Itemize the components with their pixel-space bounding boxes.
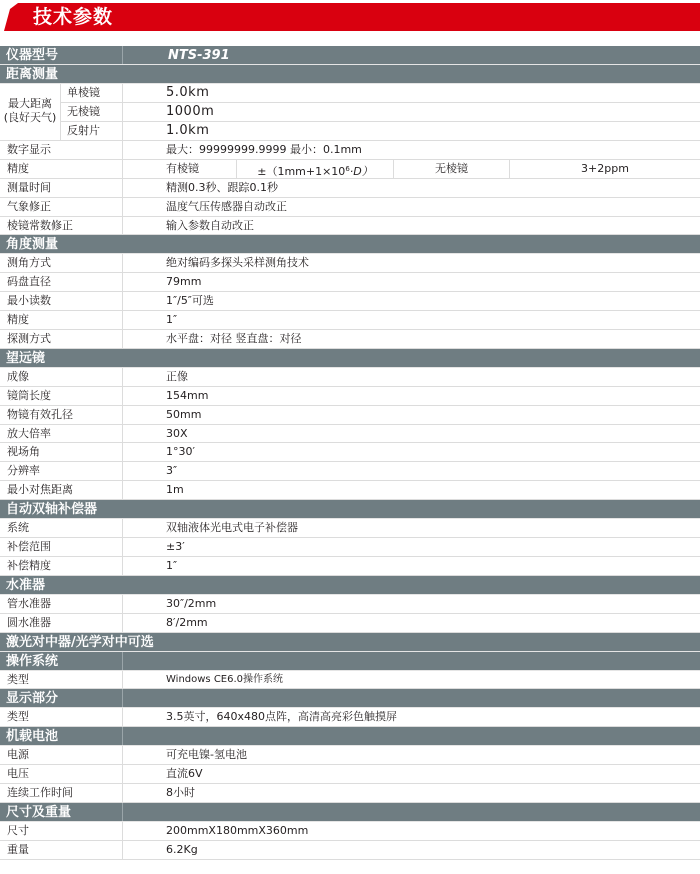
- table-row: 最小读数1″/5″可选: [0, 292, 700, 311]
- model-value: NTS-391: [123, 46, 700, 64]
- table-row: 气象修正温度气压传感器自动改正: [0, 198, 700, 217]
- section-telescope: 望远镜: [0, 349, 700, 368]
- section-angle: 角度测量: [0, 235, 700, 254]
- table-row: 补偿精度1″: [0, 557, 700, 576]
- table-row: 系统双轴液体光电式电子补偿器: [0, 519, 700, 538]
- section-title: 距离测量: [0, 65, 123, 83]
- section-display: 显示部分: [0, 689, 700, 708]
- table-row: 补偿范围±3′: [0, 538, 700, 557]
- section-level: 水准器: [0, 576, 700, 595]
- table-row: 电压直流6V: [0, 765, 700, 784]
- section-distance: 距离测量: [0, 65, 700, 84]
- section-battery: 机载电池: [0, 727, 700, 746]
- table-row: 探测方式水平盘：对径 竖直盘：对径: [0, 330, 700, 349]
- table-row: 类型Windows CE6.0操作系统: [0, 671, 700, 690]
- table-row: 单棱镜 5.0km: [61, 84, 700, 103]
- page-title: 技术参数: [33, 5, 113, 29]
- table-row: 镜筒长度154mm: [0, 387, 700, 406]
- table-row: 视场角1°30′: [0, 443, 700, 462]
- table-row: 数字显示 最大：99999999.9999 最小：0.1mm: [0, 141, 700, 160]
- accuracy-row: 精度 有棱镜 ±（1mm+1×106·D） 无棱镜 3+2ppm: [0, 160, 700, 179]
- section-dimensions: 尺寸及重量: [0, 803, 700, 822]
- table-row: 尺寸200mmX180mmX360mm: [0, 822, 700, 841]
- table-row: 电源可充电镍-氢电池: [0, 746, 700, 765]
- table-row: 圆水准器8′/2mm: [0, 614, 700, 633]
- table-row: 物镜有效孔径50mm: [0, 406, 700, 425]
- table-row: 测量时间精测0.3秒、跟踪0.1秒: [0, 179, 700, 198]
- title-bar: 技术参数: [0, 3, 700, 31]
- table-row: 管水准器30″/2mm: [0, 595, 700, 614]
- table-row: 类型3.5英寸，640x480点阵，高清高亮彩色触摸屏: [0, 708, 700, 727]
- table-row: 精度1″: [0, 311, 700, 330]
- table-row: 最小对焦距离1m: [0, 481, 700, 500]
- section-os: 操作系统: [0, 652, 700, 671]
- prism-accuracy: ±（1mm+1×106·D）: [237, 160, 394, 178]
- table-row: 无棱镜 1000m: [61, 103, 700, 122]
- table-row: 棱镜常数修正输入参数自动改正: [0, 217, 700, 236]
- table-row: 成像正像: [0, 368, 700, 387]
- max-range-block: 最大距离 (良好天气) 单棱镜 5.0km 无棱镜 1000m 反射片 1.0k…: [0, 84, 700, 141]
- section-compensator: 自动双轴补偿器: [0, 500, 700, 519]
- max-range-label: 最大距离 (良好天气): [0, 84, 61, 140]
- table-row: 反射片 1.0km: [61, 122, 700, 141]
- spec-table: 仪器型号 NTS-391 距离测量 最大距离 (良好天气) 单棱镜 5.0km …: [0, 46, 700, 860]
- table-row: 码盘直径79mm: [0, 273, 700, 292]
- table-row: 放大倍率30X: [0, 425, 700, 444]
- table-row: 分辨率3″: [0, 462, 700, 481]
- model-label: 仪器型号: [0, 46, 123, 64]
- model-row: 仪器型号 NTS-391: [0, 46, 700, 65]
- table-row: 重量6.2Kg: [0, 841, 700, 860]
- table-row: 连续工作时间8小时: [0, 784, 700, 803]
- section-plummet: 激光对中器/光学对中可选: [0, 633, 700, 652]
- table-row: 测角方式绝对编码多探头采样测角技术: [0, 254, 700, 273]
